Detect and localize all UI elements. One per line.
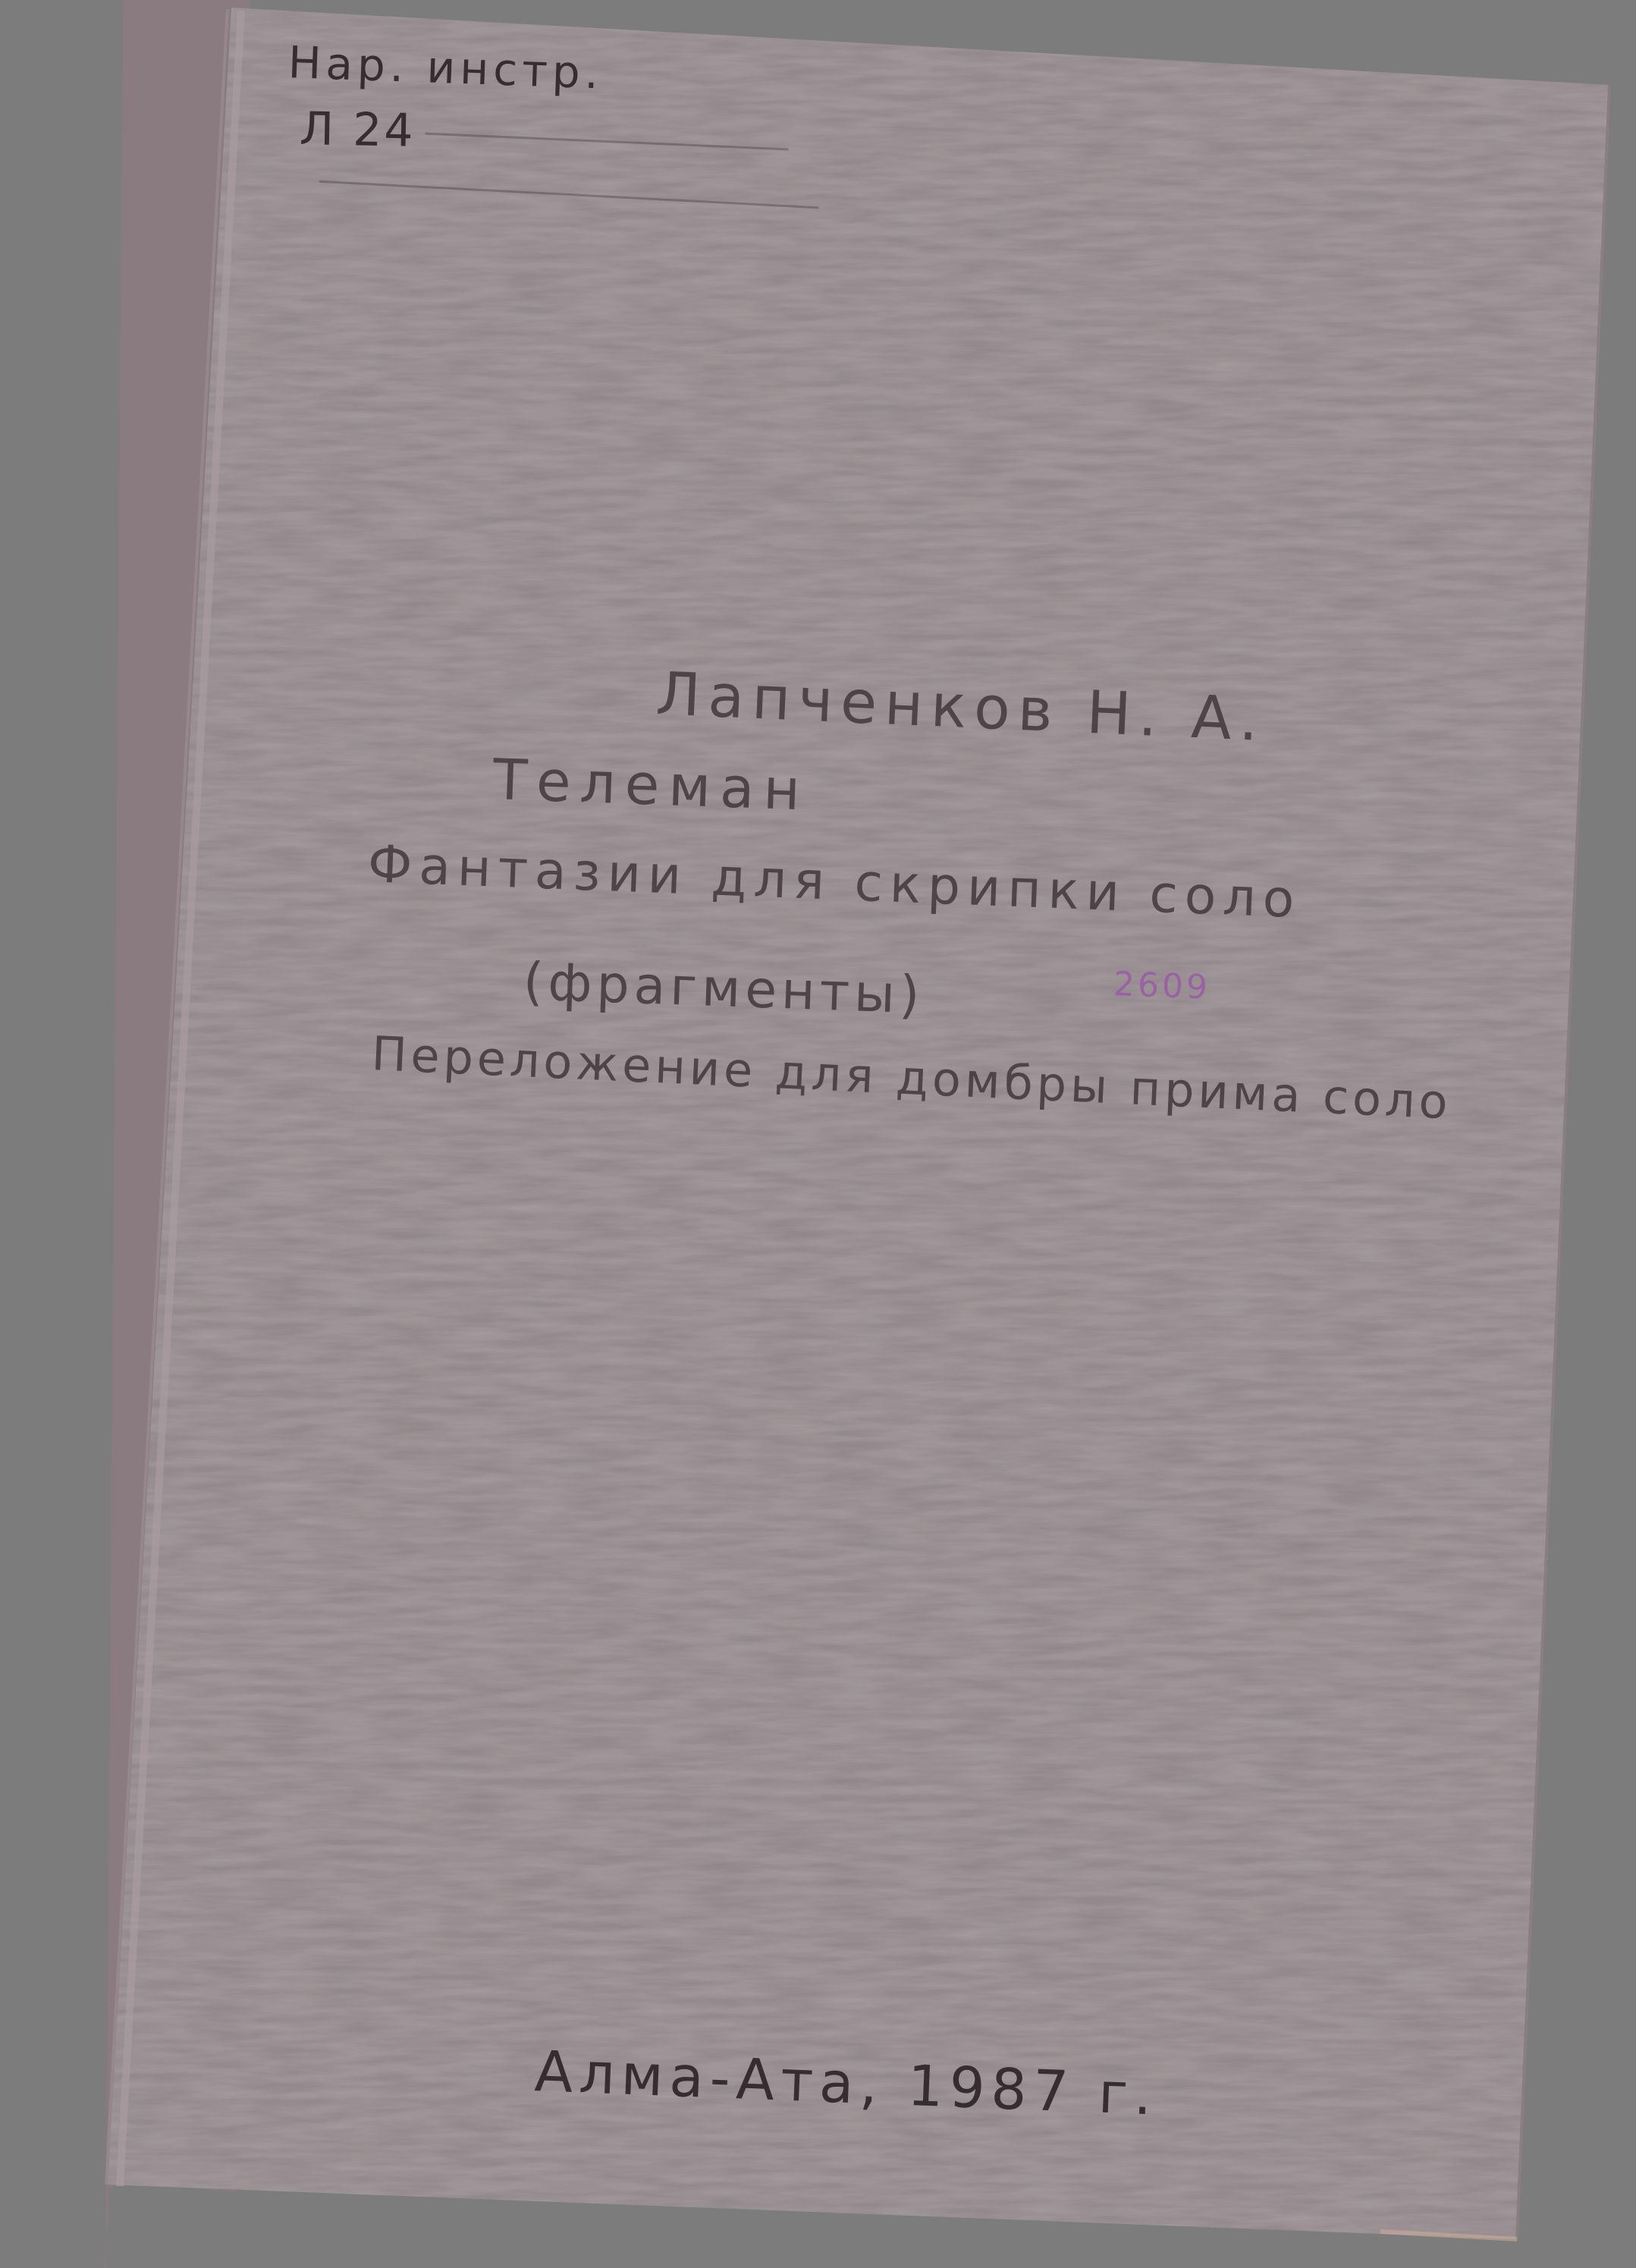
composer-name: Телеман [491,747,810,824]
inventory-number: 2609 [1113,965,1211,1007]
shelf-mark-category: Нар. инстр. [287,36,604,99]
cover-sheet [0,0,1636,2268]
shelf-mark-code: Л 24 [299,102,416,158]
